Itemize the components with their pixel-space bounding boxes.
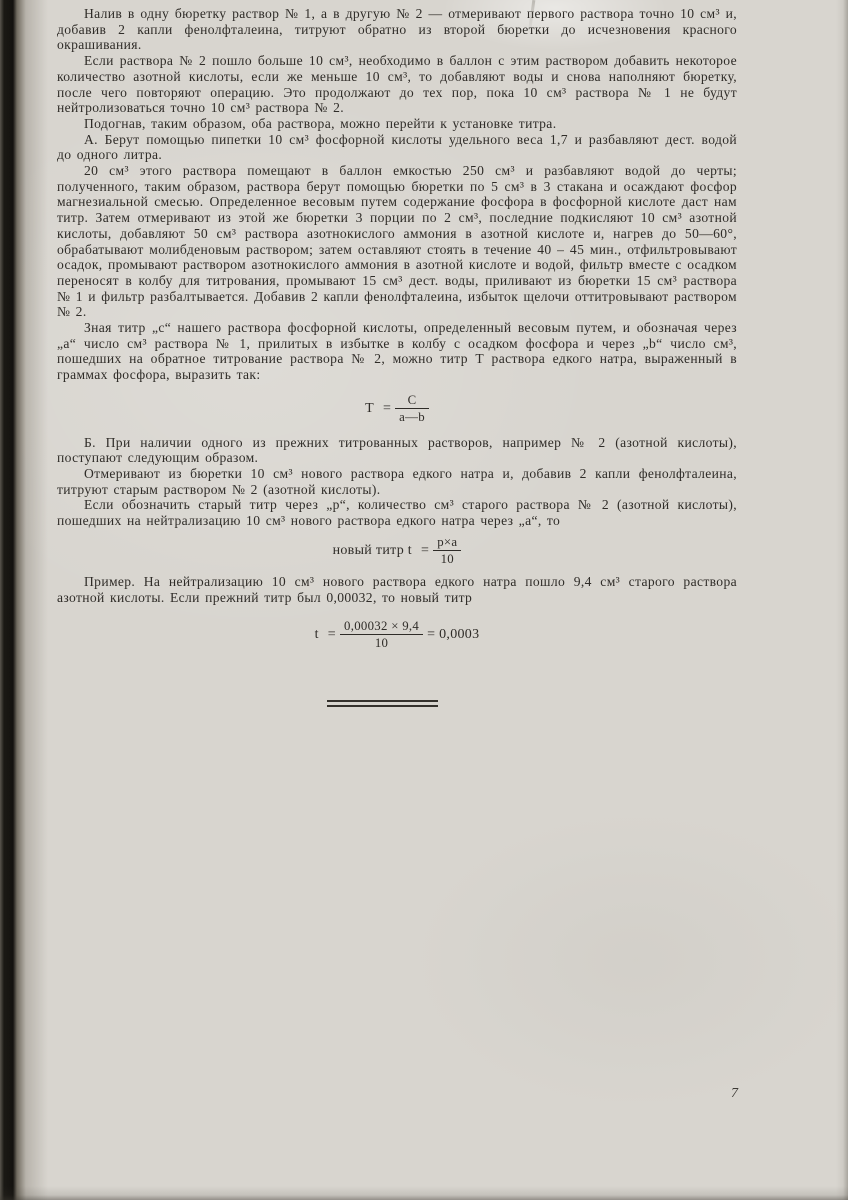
fraction: Ca—b [395,393,429,425]
paragraph: Если обозначить старый титр через „р“, к… [57,497,737,528]
equals-sign: = [383,401,391,416]
paragraph: Пример. На нейтрализацию 10 см³ нового р… [57,574,737,605]
fraction-denominator: 10 [340,634,423,650]
bottom-scan-edge [0,1186,848,1200]
scanned-book-page: Налив в одну бюретку раствор № 1, а в др… [0,0,848,1200]
paragraph: Зная титр „с“ нашего раствора фосфорной … [57,320,737,383]
formula-lhs: новый титр t [333,543,412,558]
page-text-block: Налив в одну бюретку раствор № 1, а в др… [57,6,737,707]
fraction-denominator: a—b [395,408,429,424]
formula-example: t=0,00032 × 9,410= 0,0003 [57,619,737,651]
paragraph: 20 см³ этого раствора помещают в баллон … [57,163,737,320]
formula-lhs: T [365,401,374,416]
fraction-numerator: 0,00032 × 9,4 [340,619,423,634]
right-scan-edge [836,0,848,1200]
page-number: 7 [731,1086,738,1102]
formula-new-titer: новый титр t=p×a10 [57,535,737,567]
paragraph: Подогнав, таким образом, оба раствора, м… [57,116,737,132]
fraction: p×a10 [433,535,461,567]
fraction: 0,00032 × 9,410 [340,619,423,651]
paragraph: Если раствора № 2 пошло больше 10 см³, н… [57,53,737,116]
paragraph: Налив в одну бюретку раствор № 1, а в др… [57,6,737,53]
equals-sign: = [328,627,336,642]
fraction-numerator: p×a [433,535,461,550]
formula-lhs: t [315,627,319,642]
paragraph: Отмеривают из бюретки 10 см³ нового раст… [57,466,737,497]
fraction-numerator: C [395,393,429,408]
paragraph: Б. При наличии одного из прежних титрова… [57,435,737,466]
formula-titer: T=Ca—b [57,393,737,425]
equals-sign: = [421,543,429,558]
section-divider [327,700,438,707]
paragraph: А. Берут помощью пипетки 10 см³ фосфорно… [57,132,737,163]
left-binding-shadow [0,0,50,1200]
formula-result: = 0,0003 [427,627,479,642]
fraction-denominator: 10 [433,550,461,566]
